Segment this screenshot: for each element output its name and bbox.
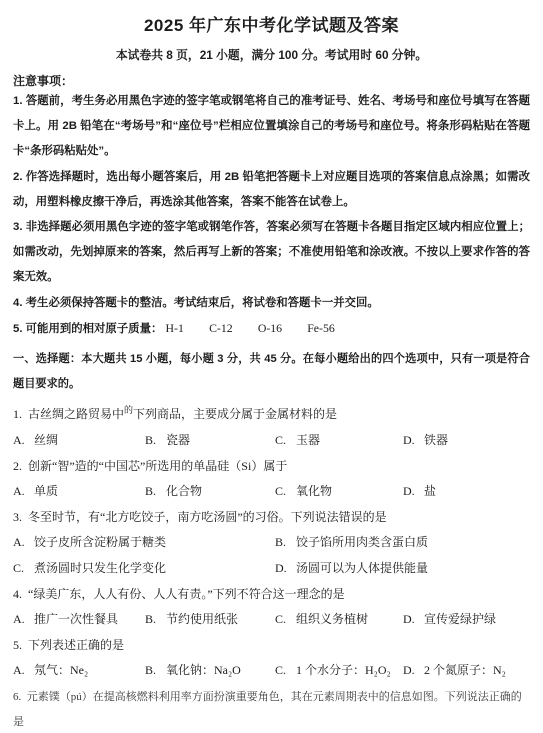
question-3-option-d: D.汤圆可以为人体提供能量 bbox=[275, 556, 530, 581]
question-6-stem: 6. 元素镤（pú）在提高核燃料利用率方面扮演重要角色，其在元素周期表中的信息如… bbox=[13, 685, 530, 733]
option-text: 煮汤圆时只发生化学变化 bbox=[34, 561, 166, 575]
option-text: 节约使用纸张 bbox=[166, 612, 238, 626]
option-label: B. bbox=[145, 607, 166, 632]
notice-item-3: 3. 非选择题必须用黑色字迹的签字笔或钢笔作答，答案必须写在答题卡各题目指定区域… bbox=[13, 215, 530, 291]
option-label: C. bbox=[275, 479, 296, 504]
option-label: C. bbox=[275, 428, 296, 453]
option-label: D. bbox=[403, 428, 424, 453]
question-1-option-b: B.瓷器 bbox=[145, 428, 275, 453]
notice-item-2: 2. 作答选择题时，选出每小题答案后，用 2B 铅笔把答题卡上对应题目选项的答案… bbox=[13, 165, 530, 215]
option-label: D. bbox=[275, 556, 296, 581]
atomic-mass-c: C-12 bbox=[209, 321, 233, 335]
question-5-option-b: B.氧化钠：Na₂O bbox=[145, 658, 275, 683]
question-1-option-c: C.玉器 bbox=[275, 428, 403, 453]
option-text: 饺子馅所用肉类含蛋白质 bbox=[296, 535, 428, 549]
question-5-option-a: A.氖气：Ne₂ bbox=[13, 658, 145, 683]
question-1-option-a: A.丝绸 bbox=[13, 428, 145, 453]
question-2-option-d: D.盐 bbox=[403, 479, 530, 504]
option-text: 玉器 bbox=[296, 433, 320, 447]
option-label: A. bbox=[13, 530, 34, 555]
question-6: 6. 元素镤（pú）在提高核燃料利用率方面扮演重要角色，其在元素周期表中的信息如… bbox=[13, 685, 530, 733]
option-label: A. bbox=[13, 428, 34, 453]
question-4-options: A.推广一次性餐具 B.节约使用纸张 C.组织义务植树 D.宣传爱绿护绿 bbox=[13, 607, 530, 632]
option-text: 盐 bbox=[424, 484, 436, 498]
notice-item-5-atomic-masses: 5. 可能用到的相对原子质量： H-1 C-12 O-16 Fe-56 bbox=[13, 316, 530, 342]
question-1-stem-post: 下列商品，主要成分属于金属材料的是 bbox=[133, 407, 337, 421]
question-4-stem: 4. “绿美广东，人人有份、人人有责。”下列不符合这一理念的是 bbox=[13, 582, 530, 607]
option-label: A. bbox=[13, 479, 34, 504]
question-5-stem: 5. 下列表述正确的是 bbox=[13, 633, 530, 658]
question-5-options: A.氖气：Ne₂ B.氧化钠：Na₂O C.1 个水分子：H₂O₂ D.2 个氮… bbox=[13, 658, 530, 683]
question-3-option-b: B.饺子馅所用肉类含蛋白质 bbox=[275, 530, 530, 555]
question-4-option-a: A.推广一次性餐具 bbox=[13, 607, 145, 632]
page-title: 2025 年广东中考化学试题及答案 bbox=[13, 15, 530, 37]
option-text: 化合物 bbox=[166, 484, 202, 498]
question-5-option-c: C.1 个水分子：H₂O₂ bbox=[275, 658, 403, 683]
question-2-options: A.单质 B.化合物 C.氧化物 D.盐 bbox=[13, 479, 530, 504]
option-label: D. bbox=[403, 658, 424, 683]
exam-page: 2025 年广东中考化学试题及答案 本试卷共 8 页，21 小题，满分 100 … bbox=[0, 0, 543, 733]
question-3-stem: 3. 冬至时节，有“北方吃饺子，南方吃汤圆”的习俗。下列说法错误的是 bbox=[13, 505, 530, 530]
option-text: 1 个水分子：H₂O₂ bbox=[296, 663, 391, 677]
question-2-option-c: C.氧化物 bbox=[275, 479, 403, 504]
question-2-option-b: B.化合物 bbox=[145, 479, 275, 504]
question-3-option-c: C.煮汤圆时只发生化学变化 bbox=[13, 556, 275, 581]
option-label: C. bbox=[275, 658, 296, 683]
option-text: 宣传爱绿护绿 bbox=[424, 612, 496, 626]
question-4-option-c: C.组织义务植树 bbox=[275, 607, 403, 632]
option-text: 单质 bbox=[34, 484, 58, 498]
notice-item-1: 1. 答题前，考生务必用黑色字迹的签字笔或钢笔将自己的准考证号、姓名、考场号和座… bbox=[13, 89, 530, 165]
exam-meta: 本试卷共 8 页，21 小题，满分 100 分。考试用时 60 分钟。 bbox=[13, 48, 530, 63]
option-label: B. bbox=[145, 658, 166, 683]
option-text: 汤圆可以为人体提供能量 bbox=[296, 561, 428, 575]
option-label: B. bbox=[145, 428, 166, 453]
question-4-option-d: D.宣传爱绿护绿 bbox=[403, 607, 530, 632]
option-label: A. bbox=[13, 658, 34, 683]
question-2-option-a: A.单质 bbox=[13, 479, 145, 504]
question-2: 2. 创新“智”造的“中国芯”所选用的单晶硅（Si）属于 A.单质 B.化合物 … bbox=[13, 454, 530, 504]
question-1: 1. 古丝绸之路贸易中的下列商品，主要成分属于金属材料的是 A.丝绸 B.瓷器 … bbox=[13, 398, 530, 452]
question-1-option-d: D.铁器 bbox=[403, 428, 530, 453]
question-1-stem-pre: 1. 古丝绸之路贸易中 bbox=[13, 407, 124, 421]
atomic-mass-h: H-1 bbox=[166, 321, 184, 335]
option-label: B. bbox=[145, 479, 166, 504]
option-text: 推广一次性餐具 bbox=[34, 612, 118, 626]
atomic-mass-o: O-16 bbox=[258, 321, 282, 335]
option-label: A. bbox=[13, 607, 34, 632]
question-1-options: A.丝绸 B.瓷器 C.玉器 D.铁器 bbox=[13, 428, 530, 453]
question-3-option-a: A.饺子皮所含淀粉属于糖类 bbox=[13, 530, 275, 555]
option-text: 铁器 bbox=[424, 433, 448, 447]
option-label: D. bbox=[403, 607, 424, 632]
option-label: B. bbox=[275, 530, 296, 555]
question-1-stem: 1. 古丝绸之路贸易中的下列商品，主要成分属于金属材料的是 bbox=[13, 398, 530, 427]
question-4: 4. “绿美广东，人人有份、人人有责。”下列不符合这一理念的是 A.推广一次性餐… bbox=[13, 582, 530, 632]
notice-item-4: 4. 考生必须保持答题卡的整洁。考试结束后，将试卷和答题卡一并交回。 bbox=[13, 291, 530, 316]
notice-heading: 注意事项： bbox=[13, 73, 530, 89]
option-text: 瓷器 bbox=[166, 433, 190, 447]
section-heading-choice-questions: 一、选择题：本大题共 15 小题，每小题 3 分，共 45 分。在每小题给出的四… bbox=[13, 347, 530, 397]
question-5-option-d: D.2 个氮原子：N₂ bbox=[403, 658, 530, 683]
atomic-masses-label: 5. 可能用到的相对原子质量： bbox=[13, 323, 162, 335]
question-1-stem-superscript: 的 bbox=[124, 405, 133, 415]
question-4-option-b: B.节约使用纸张 bbox=[145, 607, 275, 632]
option-label: C. bbox=[13, 556, 34, 581]
question-2-stem: 2. 创新“智”造的“中国芯”所选用的单晶硅（Si）属于 bbox=[13, 454, 530, 479]
question-5: 5. 下列表述正确的是 A.氖气：Ne₂ B.氧化钠：Na₂O C.1 个水分子… bbox=[13, 633, 530, 683]
option-label: C. bbox=[275, 607, 296, 632]
option-text: 饺子皮所含淀粉属于糖类 bbox=[34, 535, 166, 549]
option-label: D. bbox=[403, 479, 424, 504]
option-text: 氧化钠：Na₂O bbox=[166, 663, 241, 677]
question-3: 3. 冬至时节，有“北方吃饺子，南方吃汤圆”的习俗。下列说法错误的是 A.饺子皮… bbox=[13, 505, 530, 581]
option-text: 氧化物 bbox=[296, 484, 332, 498]
option-text: 丝绸 bbox=[34, 433, 58, 447]
question-3-options: A.饺子皮所含淀粉属于糖类 B.饺子馅所用肉类含蛋白质 C.煮汤圆时只发生化学变… bbox=[13, 530, 530, 580]
option-text: 2 个氮原子：N₂ bbox=[424, 663, 506, 677]
option-text: 组织义务植树 bbox=[296, 612, 368, 626]
atomic-mass-fe: Fe-56 bbox=[307, 321, 335, 335]
option-text: 氖气：Ne₂ bbox=[34, 663, 88, 677]
